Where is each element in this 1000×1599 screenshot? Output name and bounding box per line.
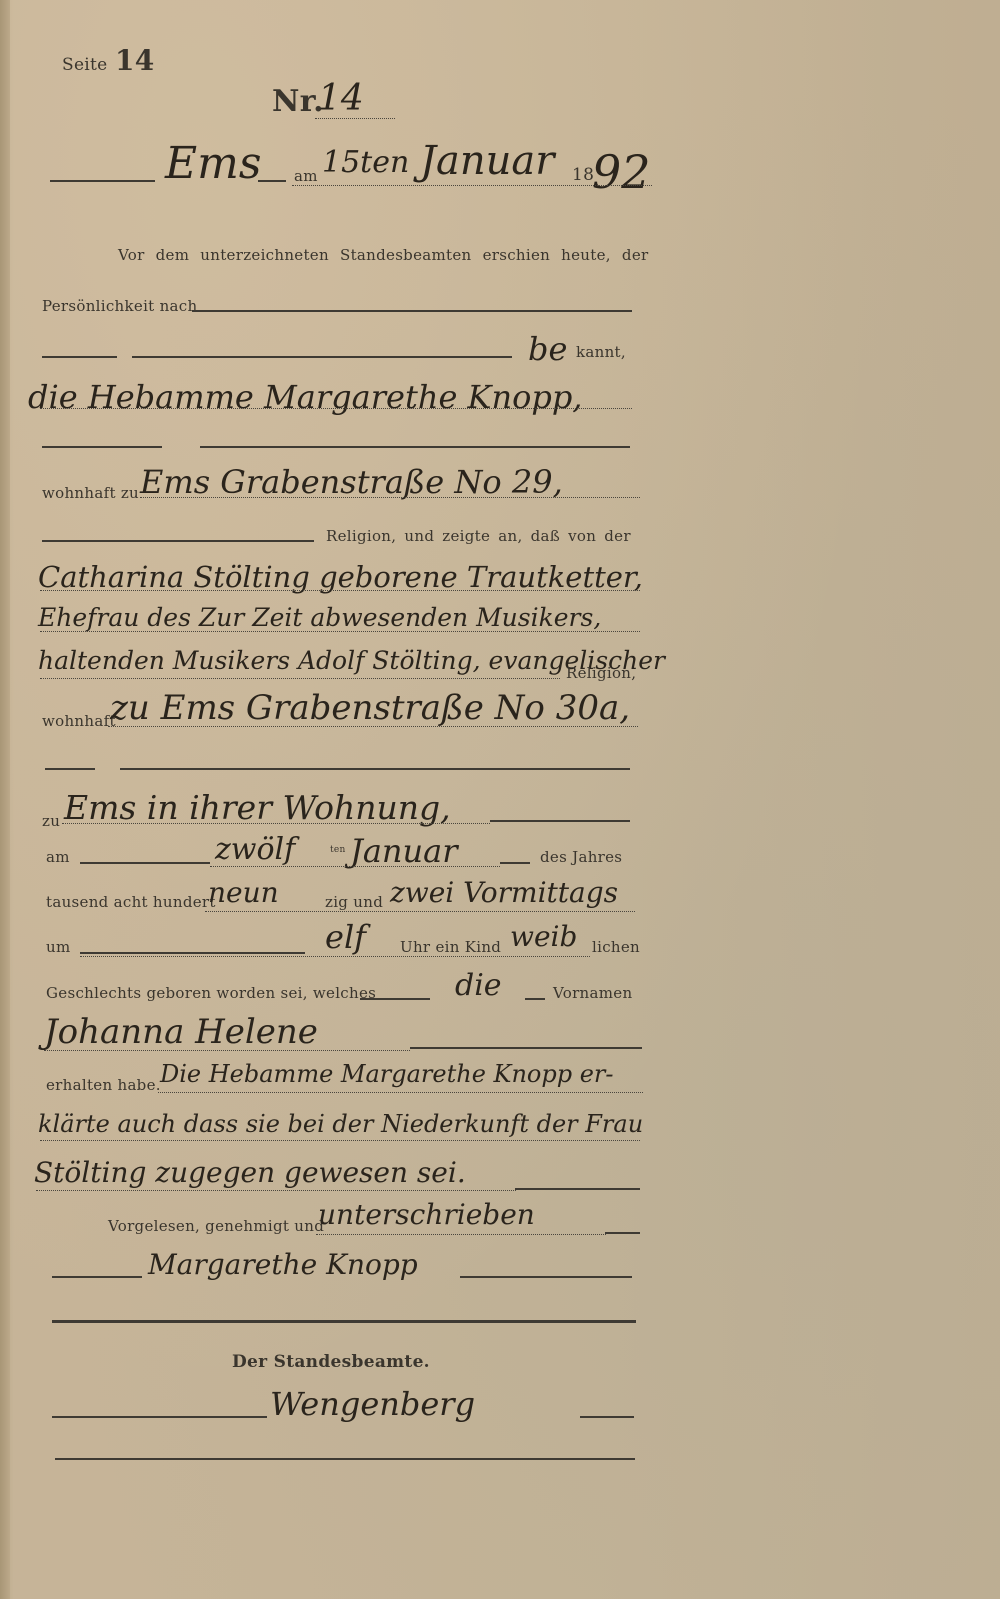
civil-registry-birth-record: Seite 14 Nr. 14 Ems am 15ten Januar 18 9…: [0, 0, 1000, 1599]
vornamen-label: Vornamen: [553, 984, 632, 1002]
uhr-label: Uhr ein Kind: [400, 938, 501, 956]
birth-month-line: [500, 862, 530, 864]
persoenlichkeit-label: Persönlichkeit nach: [42, 297, 197, 315]
persoenlichkeit-line: [192, 310, 632, 312]
mother-line-2-underline: [40, 631, 640, 632]
year-ones: zwei Vormittags: [390, 876, 618, 909]
bottom-line: [55, 1458, 635, 1460]
lichen-label: lichen: [592, 938, 640, 956]
birth-day: zwölf: [215, 832, 295, 867]
religion-label-2: Religion,: [566, 664, 636, 682]
record-number-value: 14: [318, 78, 364, 119]
welches-line-right: [525, 998, 545, 1000]
informant-religion-line: [42, 540, 314, 542]
mother-line-3-underline: [40, 678, 560, 679]
hour-underline: [80, 956, 590, 957]
date-am-label: am: [294, 167, 318, 185]
birth-date-underline: [210, 866, 500, 867]
place-line-left: [50, 180, 155, 182]
child-sex: weib: [510, 920, 577, 953]
official-signature: Wengenberg: [270, 1385, 475, 1423]
informant-address-underline: [140, 497, 640, 498]
birth-day-line: [80, 862, 210, 864]
mother-address: zu Ems Grabenstraße No 30a,: [110, 688, 630, 728]
section-divider: [52, 1320, 636, 1323]
note-line-2: klärte auch dass sie bei der Niederkunft…: [38, 1110, 643, 1138]
zu-label: zu: [42, 812, 60, 830]
tausend-label: tausend acht hundert: [46, 893, 216, 911]
informant-signature-line-left: [52, 1276, 142, 1278]
welches-line: [360, 998, 430, 1000]
bekannt-line-mid: [132, 356, 512, 358]
note-line-3: Stölting zugegen gewesen sei.: [34, 1156, 466, 1189]
bekannt-line-left: [42, 356, 117, 358]
registry-place: Ems: [165, 138, 261, 189]
registration-month: Januar: [420, 138, 554, 184]
note-line-3-line: [515, 1188, 640, 1190]
informant-signature: Margarethe Knopp: [148, 1248, 418, 1281]
wohnhaft-label-2: wohnhaft: [42, 712, 116, 730]
year-tens: neun: [208, 876, 279, 909]
informant-signature-line-right: [460, 1276, 632, 1278]
spacer-line-right: [200, 446, 630, 448]
page-binding-edge: [0, 0, 10, 1599]
record-number-underline: [315, 118, 395, 119]
birth-place: Ems in ihrer Wohnung,: [64, 788, 451, 827]
mother-line-1-underline: [40, 590, 640, 591]
zig-label: zig und: [325, 893, 383, 911]
spacer-line-2-left: [45, 768, 95, 770]
mother-line-2: Ehefrau des Zur Zeit abwesenden Musikers…: [38, 603, 601, 632]
child-given-names: Johanna Helene: [44, 1012, 318, 1052]
mother-address-underline: [108, 726, 638, 727]
informant-address: Ems Grabenstraße No 29,: [140, 463, 563, 501]
note-line-1: Die Hebamme Margarethe Knopp er-: [160, 1060, 614, 1088]
note-line-3-underline: [36, 1190, 516, 1191]
birth-am-label: am: [46, 848, 70, 866]
note-line-2-underline: [40, 1140, 640, 1141]
year-suffix: 92: [592, 145, 651, 199]
place-line-right: [258, 180, 286, 182]
vorgelesen-line: [605, 1232, 640, 1234]
year-prefix: 18: [572, 165, 594, 185]
intro-text: Vor dem unterzeichneten Standesbeamten e…: [118, 246, 648, 264]
official-label: Der Standesbeamte.: [232, 1352, 430, 1372]
birth-place-underline: [62, 823, 490, 824]
official-signature-line-right: [580, 1416, 634, 1418]
um-label: um: [46, 938, 70, 956]
religion-text: Religion, und zeigte an, daß von der: [326, 527, 631, 545]
birth-place-line: [490, 820, 630, 822]
birth-month: Januar: [350, 832, 458, 870]
official-signature-line-left: [52, 1416, 267, 1418]
wohnhaft-label: wohnhaft zu: [42, 484, 139, 502]
spacer-line-2-right: [120, 768, 630, 770]
bekannt-print: kannt,: [576, 343, 626, 361]
note-line-1-underline: [158, 1092, 643, 1093]
spacer-line-left: [42, 446, 162, 448]
birth-hour: elf: [325, 918, 366, 956]
record-number-label: Nr.: [272, 84, 324, 119]
informant-name: die Hebamme Margarethe Knopp,: [28, 378, 582, 416]
erhalten-label: erhalten habe.: [46, 1076, 161, 1094]
child-name-line: [410, 1047, 642, 1049]
seite-label: Seite: [62, 55, 108, 75]
welches-hand: die: [455, 968, 502, 1003]
page-number: 14: [115, 44, 155, 77]
bekannt-hand: be: [528, 330, 567, 368]
child-name-underline: [44, 1050, 410, 1051]
des-jahres-label: des Jahres: [540, 848, 622, 866]
informant-underline: [40, 408, 632, 409]
vorgelesen-hand: unterschrieben: [318, 1198, 535, 1231]
geschlechts-label: Geschlechts geboren worden sei, welches: [46, 984, 376, 1002]
registration-day: 15ten: [322, 145, 409, 180]
date-underline: [292, 185, 652, 186]
ten-label: ten: [330, 845, 346, 855]
year-underline: [205, 911, 635, 912]
vorgelesen-label: Vorgelesen, genehmigt und: [108, 1217, 324, 1235]
hour-line: [80, 952, 305, 954]
mother-line-1: Catharina Stölting geborene Trautketter,: [38, 560, 643, 594]
vorgelesen-underline: [316, 1234, 606, 1235]
